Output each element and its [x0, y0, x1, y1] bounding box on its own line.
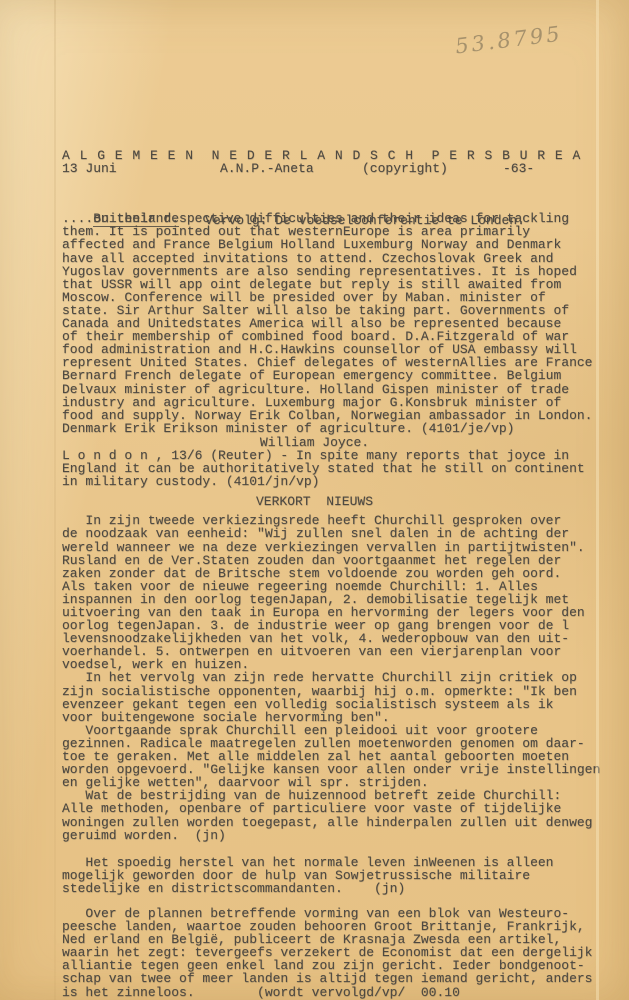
scanned-press-bulletin-page: 53.8795 A L G E M E E N N E D E R L A N … — [0, 0, 629, 1000]
copyright-note: (copyright) — [362, 162, 448, 175]
agency-name: A L G E M E E N N E D E R L A N D S C H … — [62, 149, 629, 162]
paper-crease-left — [54, 0, 56, 1000]
handwritten-archive-number: 53.8795 — [455, 27, 564, 53]
heading-verkort-nieuws: VERKORT NIEUWS — [62, 495, 567, 508]
bulletin-header: A L G E M E E N N E D E R L A N D S C H … — [62, 149, 629, 175]
article-title-food-conference: Vervolg: De voedselconferentie te Londen… — [205, 213, 525, 228]
article-food-conference-body: ....on their respective difficulties and… — [62, 212, 629, 435]
header-meta-line: 13 Juni A.N.P.-Aneta (copyright) -63- — [62, 162, 629, 175]
article-westblok-body: Over de plannen betreffende vorming van … — [62, 907, 629, 999]
page-number: -63- — [503, 162, 534, 175]
heading-william-joyce: William Joyce. — [62, 436, 567, 449]
agency-credit: A.N.P.-Aneta — [220, 162, 314, 175]
article-william-joyce-body: L o n d o n , 13/6 (Reuter) - In spite m… — [62, 449, 629, 488]
paper-crease-right — [596, 0, 599, 1000]
article-verkort-nieuws-body: In zijn tweede verkiezingsrede heeft Chu… — [62, 514, 629, 841]
issue-date: 13 Juni — [62, 162, 117, 175]
article-vienna-body: Het spoedig herstel van het normale leve… — [62, 856, 629, 895]
